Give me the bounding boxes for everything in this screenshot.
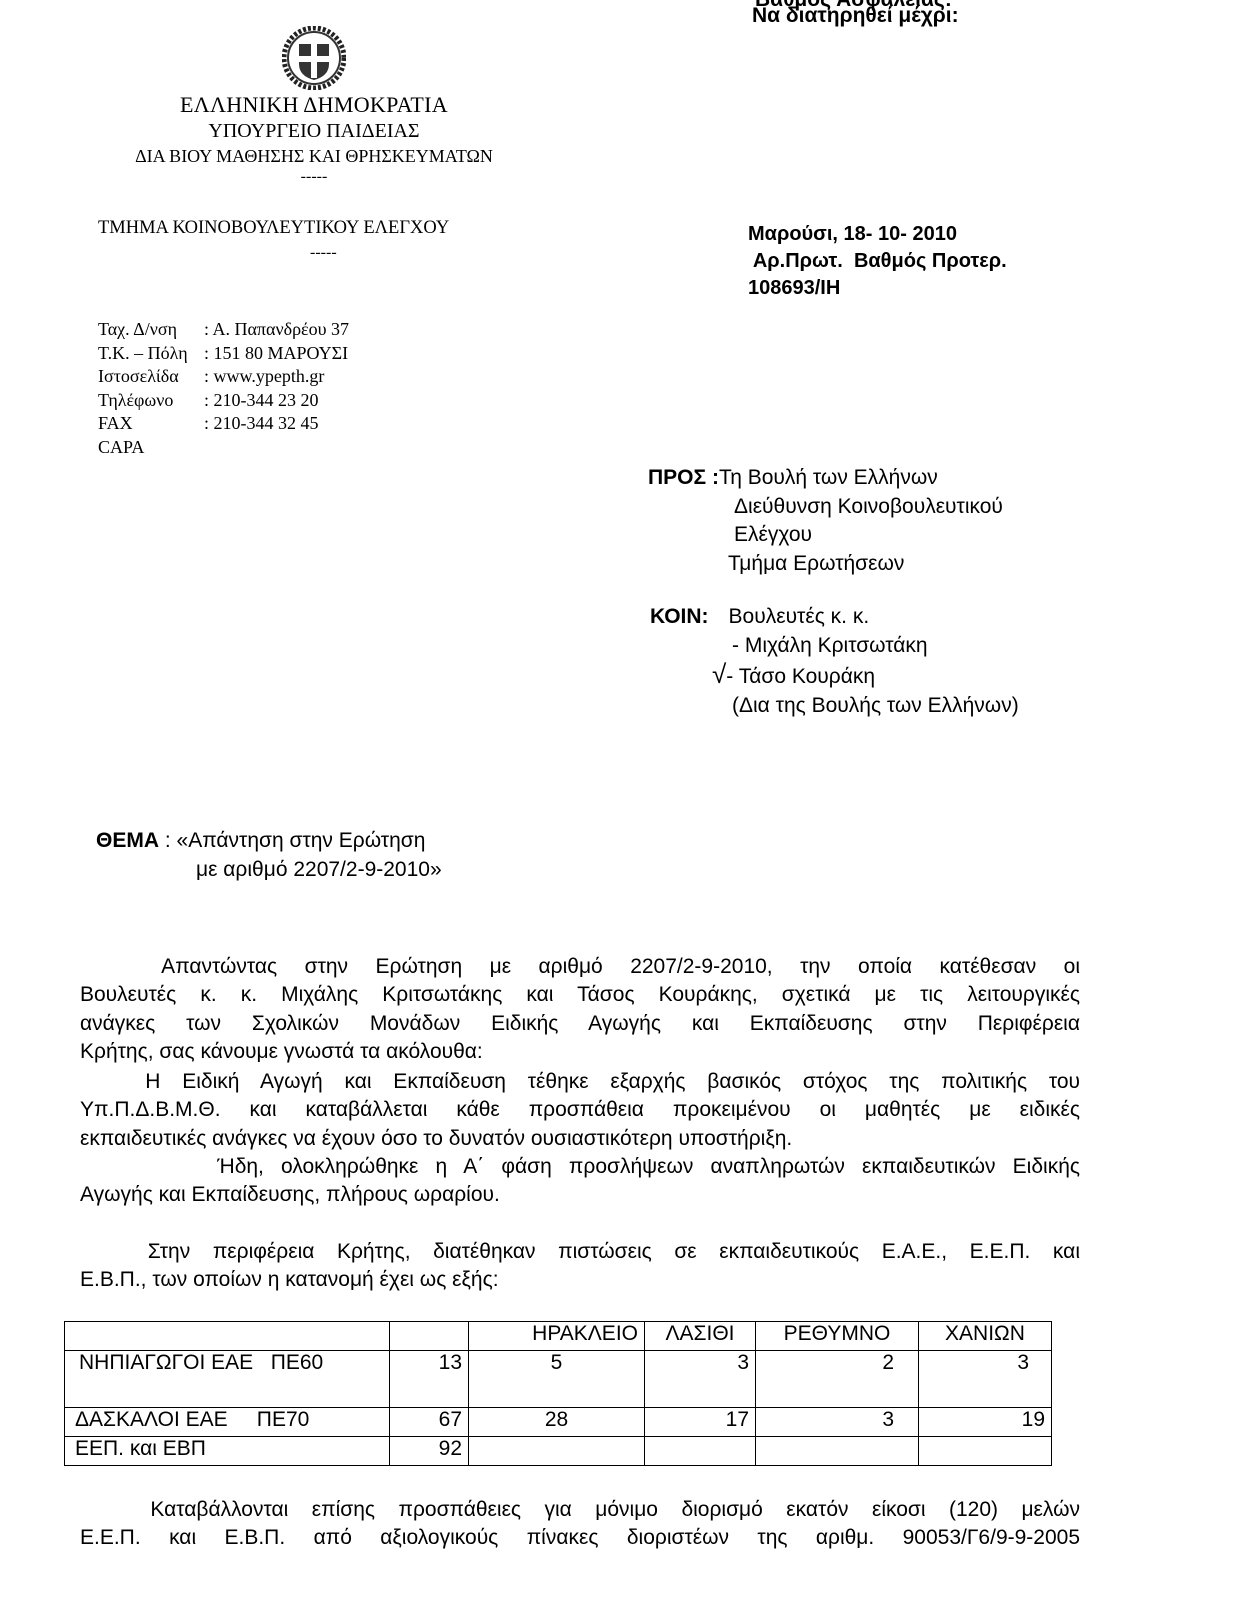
table-cell [919,1437,1052,1466]
table-header-cell [390,1322,469,1351]
recipient-block: ΠΡΟΣ :Τη Βουλή των Ελλήνων Διεύθυνση Κοι… [648,464,1003,578]
table-cell: 13 [390,1351,469,1408]
check-mark-icon: √ [712,659,726,689]
table-header-cell: ΧΑΝΙΩΝ [919,1322,1052,1351]
protocol-label: Αρ.Πρωτ. Βαθμός Προτερ. [748,248,1007,275]
contact-key: FAX [98,412,204,436]
contact-key: Τηλέφωνο [98,389,204,413]
table-cell: 17 [645,1408,756,1437]
body-paragraph-1: Απαντώντας στην Ερώτηση με αριθμό 2207/2… [80,953,1080,1066]
contact-row: Τ.Κ. – Πόλη: 151 80 ΜΑΡΟΥΣΙ [98,342,349,366]
subject-line: «Απάντηση στην Ερώτηση [177,829,426,852]
subject-label: ΘΕΜΑ [96,829,159,852]
paragraph-line: Ήδη, ολοκληρώθηκε η Α΄ φάση προσλήψεων α… [80,1153,1080,1181]
paragraph-line: Αγωγής και Εκπαίδευσης, πλήρους ωραρίου. [80,1181,1080,1209]
table-row: ΕΕΠ. και ΕΒΠ 92 [65,1437,1052,1466]
table-row: ΝΗΠΙΑΓΩΓΟΙ ΕΑΕ ΠΕ60 13 5 3 2 3 [65,1351,1052,1408]
body-paragraph-3: Ήδη, ολοκληρώθηκε η Α΄ φάση προσλήψεων α… [80,1153,1080,1210]
table-header-cell: ΛΑΣΙΘΙ [645,1322,756,1351]
contact-value: : 210-344 32 45 [204,412,319,436]
ministry-name: ΥΠΟΥΡΓΕΙΟ ΠΑΙΔΕΙΑΣ [64,120,564,143]
paragraph-line: Απαντώντας στην Ερώτηση με αριθμό 2207/2… [80,953,1080,981]
paragraph-line: Ε.Β.Π., των οποίων η κατανομή έχει ως εξ… [80,1266,1080,1294]
table-row: ΔΑΣΚΑΛΟΙ ΕΑΕ ΠΕ70 67 28 17 3 19 [65,1408,1052,1437]
recipient-line: Τη Βουλή των Ελλήνων [719,466,938,489]
greek-coat-of-arms-icon [282,26,346,90]
cc-label: ΚΟΙΝ: [650,605,709,628]
body-paragraph-2: Η Ειδική Αγωγή και Εκπαίδευση τέθηκε εξα… [80,1068,1080,1153]
cc-line: (Δια της Βουλής των Ελλήνων) [650,692,1019,721]
retention-label: Να διατηρηθεί μέχρι: [752,4,959,28]
table-cell: ΕΕΠ. και ΕΒΠ [65,1437,390,1466]
subject-block: ΘΕΜΑ : «Απάντηση στην Ερώτηση με αριθμό … [96,826,442,884]
table-cell: 3 [645,1351,756,1408]
recipient-label: ΠΡΟΣ : [648,466,719,489]
contact-key: CAPA [98,436,204,460]
table-header-cell: ΡΕΘΥΜΝΟ [756,1322,919,1351]
paragraph-line: Βουλευτές κ. κ. Μιχάλης Κριτσωτάκης και … [80,981,1080,1009]
paragraph-line: Στην περιφέρεια Κρήτης, διατέθηκαν πιστώ… [80,1238,1080,1266]
department-name: ΤΜΗΜΑ ΚΟΙΝΟΒΟΥΛΕΥΤΙΚΟΥ ΕΛΕΓΧΟΥ [98,218,449,239]
contact-key: Τ.Κ. – Πόλη [98,342,204,366]
table-cell: ΔΑΣΚΑΛΟΙ ΕΑΕ ΠΕ70 [65,1408,390,1437]
allocation-table: ΗΡΑΚΛΕΙΟ ΛΑΣΙΘΙ ΡΕΘΥΜΝΟ ΧΑΝΙΩΝ ΝΗΠΙΑΓΩΓΟ… [64,1321,1052,1466]
table-cell: 3 [756,1408,919,1437]
contact-value: : 210-344 23 20 [204,389,319,413]
contact-row: Ταχ. Δ/νση: Α. Παπανδρέου 37 [98,318,349,342]
paragraph-line: Καταβάλλονται επίσης προσπάθειες για μόν… [80,1496,1080,1524]
paragraph-line: Κρήτης, σας κάνουμε γνωστά τα ακόλουθα: [80,1038,1080,1066]
contact-value: : Α. Παπανδρέου 37 [204,318,349,342]
paragraph-line: εκπαιδευτικές ανάγκες να έχουν όσο το δυ… [80,1125,1080,1153]
table-header-cell [65,1322,390,1351]
contact-details: Ταχ. Δ/νση: Α. Παπανδρέου 37 Τ.Κ. – Πόλη… [98,318,349,459]
cc-line: - Τάσο Κουράκη [726,665,875,688]
ministry-subtitle: ΔΙΑ ΒΙΟΥ ΜΑΘΗΣΗΣ ΚΑΙ ΘΡΗΣΚΕΥΜΑΤΩΝ [64,146,564,167]
body-paragraph-5: Καταβάλλονται επίσης προσπάθειες για μόν… [80,1496,1080,1553]
contact-value: : 151 80 ΜΑΡΟΥΣΙ [204,342,348,366]
paragraph-line: Η Ειδική Αγωγή και Εκπαίδευση τέθηκε εξα… [80,1068,1080,1096]
cc-line: Βουλευτές κ. κ. [729,605,870,628]
recipient-line: Τμήμα Ερωτήσεων [648,550,1003,579]
table-cell [469,1437,645,1466]
table-header-cell: ΗΡΑΚΛΕΙΟ [469,1322,645,1351]
cc-line: - Μιχάλη Κριτσωτάκη [650,632,1019,661]
table-cell: 3 [919,1351,1052,1408]
paragraph-line: Υπ.Π.Δ.Β.Μ.Θ. και καταβάλλεται κάθε προσ… [80,1096,1080,1124]
contact-key: Ταχ. Δ/νση [98,318,204,342]
table-cell: 19 [919,1408,1052,1437]
recipient-line: Διεύθυνση Κοινοβουλευτικού [648,493,1003,522]
recipient-line: Ελέγχου [648,521,1003,550]
contact-row: Τηλέφωνο: 210-344 23 20 [98,389,349,413]
website-link[interactable]: : www.ypepth.gr [204,365,324,389]
table-cell: 67 [390,1408,469,1437]
paragraph-line: ανάγκες των Σχολικών Μονάδων Ειδικής Αγω… [80,1010,1080,1038]
cc-block: ΚΟΙΝ:Βουλευτές κ. κ. - Μιχάλη Κριτσωτάκη… [650,603,1019,720]
country-name: ΕΛΛΗΝΙΚΗ ΔΗΜΟΚΡΑΤΙΑ [64,92,564,118]
contact-row: Ιστοσελίδα: www.ypepth.gr [98,365,349,389]
place-date: Μαρούσι, 18- 10- 2010 [748,221,1007,248]
table-cell: 2 [756,1351,919,1408]
paragraph-line: Ε.Ε.Π. και Ε.Β.Π. από αξιολογικούς πίνακ… [80,1524,1080,1552]
subject-sep: : [159,829,177,852]
contact-row: FAX: 210-344 32 45 [98,412,349,436]
table-cell: 28 [469,1408,645,1437]
body-paragraph-4: Στην περιφέρεια Κρήτης, διατέθηκαν πιστώ… [80,1238,1080,1295]
protocol-number: 108693/ΙΗ [748,275,1007,302]
table-cell: 92 [390,1437,469,1466]
contact-key: Ιστοσελίδα [98,365,204,389]
date-protocol-block: Μαρούσι, 18- 10- 2010 Αρ.Πρωτ. Βαθμός Πρ… [748,221,1007,302]
table-cell: 5 [469,1351,645,1408]
letterhead-separator: ----- [64,168,564,186]
department-separator: ----- [310,244,337,262]
table-header-row: ΗΡΑΚΛΕΙΟ ΛΑΣΙΘΙ ΡΕΘΥΜΝΟ ΧΑΝΙΩΝ [65,1322,1052,1351]
contact-row: CAPA [98,436,349,460]
table-cell [756,1437,919,1466]
subject-line: με αριθμό 2207/2-9-2010» [96,855,442,884]
table-cell: ΝΗΠΙΑΓΩΓΟΙ ΕΑΕ ΠΕ60 [65,1351,390,1408]
table-cell [645,1437,756,1466]
